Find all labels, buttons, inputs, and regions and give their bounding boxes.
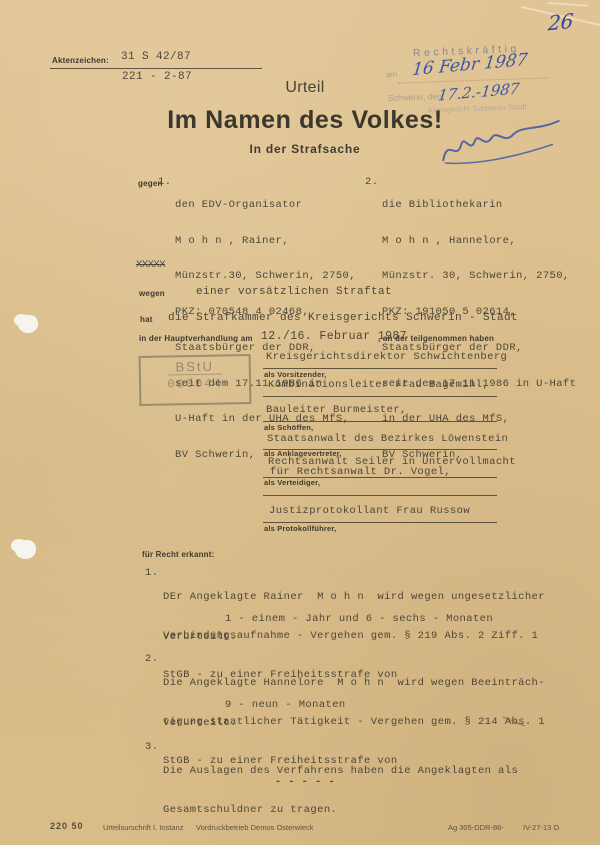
defendant-line: M o h n , Rainer, xyxy=(175,236,356,248)
verdict-item-2-closing: verurteilt. xyxy=(163,717,237,729)
footer-form-no: 220 50 xyxy=(50,821,84,831)
corner-note: 26 xyxy=(547,9,574,36)
defendant-line: die Bibliothekarin xyxy=(382,200,576,212)
verdict-item-1-closing: verurteilt. xyxy=(163,631,237,643)
stamp-city-label: Schwerin, den xyxy=(388,91,442,103)
participant-name: Kombinationsleiter Frau Bagemihl, xyxy=(268,379,489,391)
participant-name: Kreisgerichtsdirektor Schwichtenberg xyxy=(266,351,507,363)
bstu-number: 000044 xyxy=(141,376,249,392)
verdict-item-2-sentence: 9 - neun - Monaten xyxy=(225,699,346,711)
participant-underline xyxy=(263,395,497,397)
wegen-text: einer vorsätzlichen Straftat xyxy=(196,286,392,298)
verdict-separator: - - - - - xyxy=(240,776,370,788)
verdict-item-1-sentence: 1 - einem - Jahr und 6 - sechs - Monaten xyxy=(225,613,493,625)
aktenzeichen-value: 31 S 42/87 xyxy=(121,51,191,63)
participant-role: als Verteidiger, xyxy=(264,478,320,487)
item-line: DEr Angeklagte Rainer M o h n wird wegen… xyxy=(163,590,545,605)
strike-mark: XXXXX xyxy=(136,259,165,271)
bstu-name: BStU xyxy=(167,359,222,376)
participant-underline-empty xyxy=(263,494,497,496)
participant-name: Justizprotokollant Frau Russow xyxy=(269,505,470,517)
footer-imprint-2: Vordruckbetrieb Demos Osterwieck xyxy=(196,823,314,832)
wegen-label: wegen xyxy=(139,289,165,298)
hat-text: die Strafkammer des Kreisgerichts Schwer… xyxy=(168,312,518,324)
aktenzeichen-label: Aktenzeichen: xyxy=(52,56,109,65)
participant-name: Bauleiter Burmeister, xyxy=(266,404,407,416)
verdict-item-1-number: 1. xyxy=(145,566,158,581)
defendant-line: M o h n , Hannelore, xyxy=(382,236,576,248)
defendant-1-number: 1. xyxy=(158,176,171,188)
item-line: Gesamtschuldner zu tragen. xyxy=(163,803,518,818)
hearing-label: in der Hauptverhandlung am xyxy=(139,334,253,343)
defendant-line: Münzstr. 30, Schwerin, 2750, xyxy=(382,271,576,283)
participant-role: als Vorsitzender, xyxy=(264,370,326,379)
participant-name: Staatsanwalt des Bezirkes Löwenstein xyxy=(267,433,508,445)
footer-imprint-4: IV-27-13 O xyxy=(523,823,559,832)
participant-underline xyxy=(263,420,497,422)
verdict-item-2-number: 2. xyxy=(145,652,158,667)
verdict-intro: für Recht erkannt: xyxy=(142,550,215,559)
document-page: 26 Aktenzeichen: 31 S 42/87 221 - 2-87 U… xyxy=(0,0,600,845)
verdict-item-3-number: 3. xyxy=(145,740,158,755)
participant-underline xyxy=(263,521,497,523)
defendant-line: Münzstr.30, Schwerin, 2750, xyxy=(175,271,356,283)
hearing-suffix: , an der teilgenommen haben xyxy=(378,334,494,343)
punch-hole-bottom xyxy=(15,540,36,559)
signature-scribble xyxy=(437,114,568,169)
participant-role: als Protokollführer, xyxy=(264,524,336,533)
bstu-stamp: BStU 000044 xyxy=(139,354,252,406)
hat-label: hat xyxy=(140,315,153,324)
participant-underline xyxy=(263,367,497,369)
footer-imprint-1: Urteilsurschrift I. Instanz xyxy=(103,823,183,832)
participant-role: als Schöffen, xyxy=(264,423,313,432)
stamp-am-label: am xyxy=(386,70,397,79)
aktenzeichen-divider xyxy=(50,67,262,69)
defendant-2-number: 2. xyxy=(365,176,378,188)
item-line: Die Angeklagte Hannelore M o h n wird we… xyxy=(163,676,545,691)
footer-imprint-3: Ag 305-DDR-86- xyxy=(448,823,504,832)
defendant-line: den EDV-Organisator xyxy=(175,200,356,212)
punch-hole-top xyxy=(18,315,38,333)
corner-crease-small xyxy=(548,2,588,7)
